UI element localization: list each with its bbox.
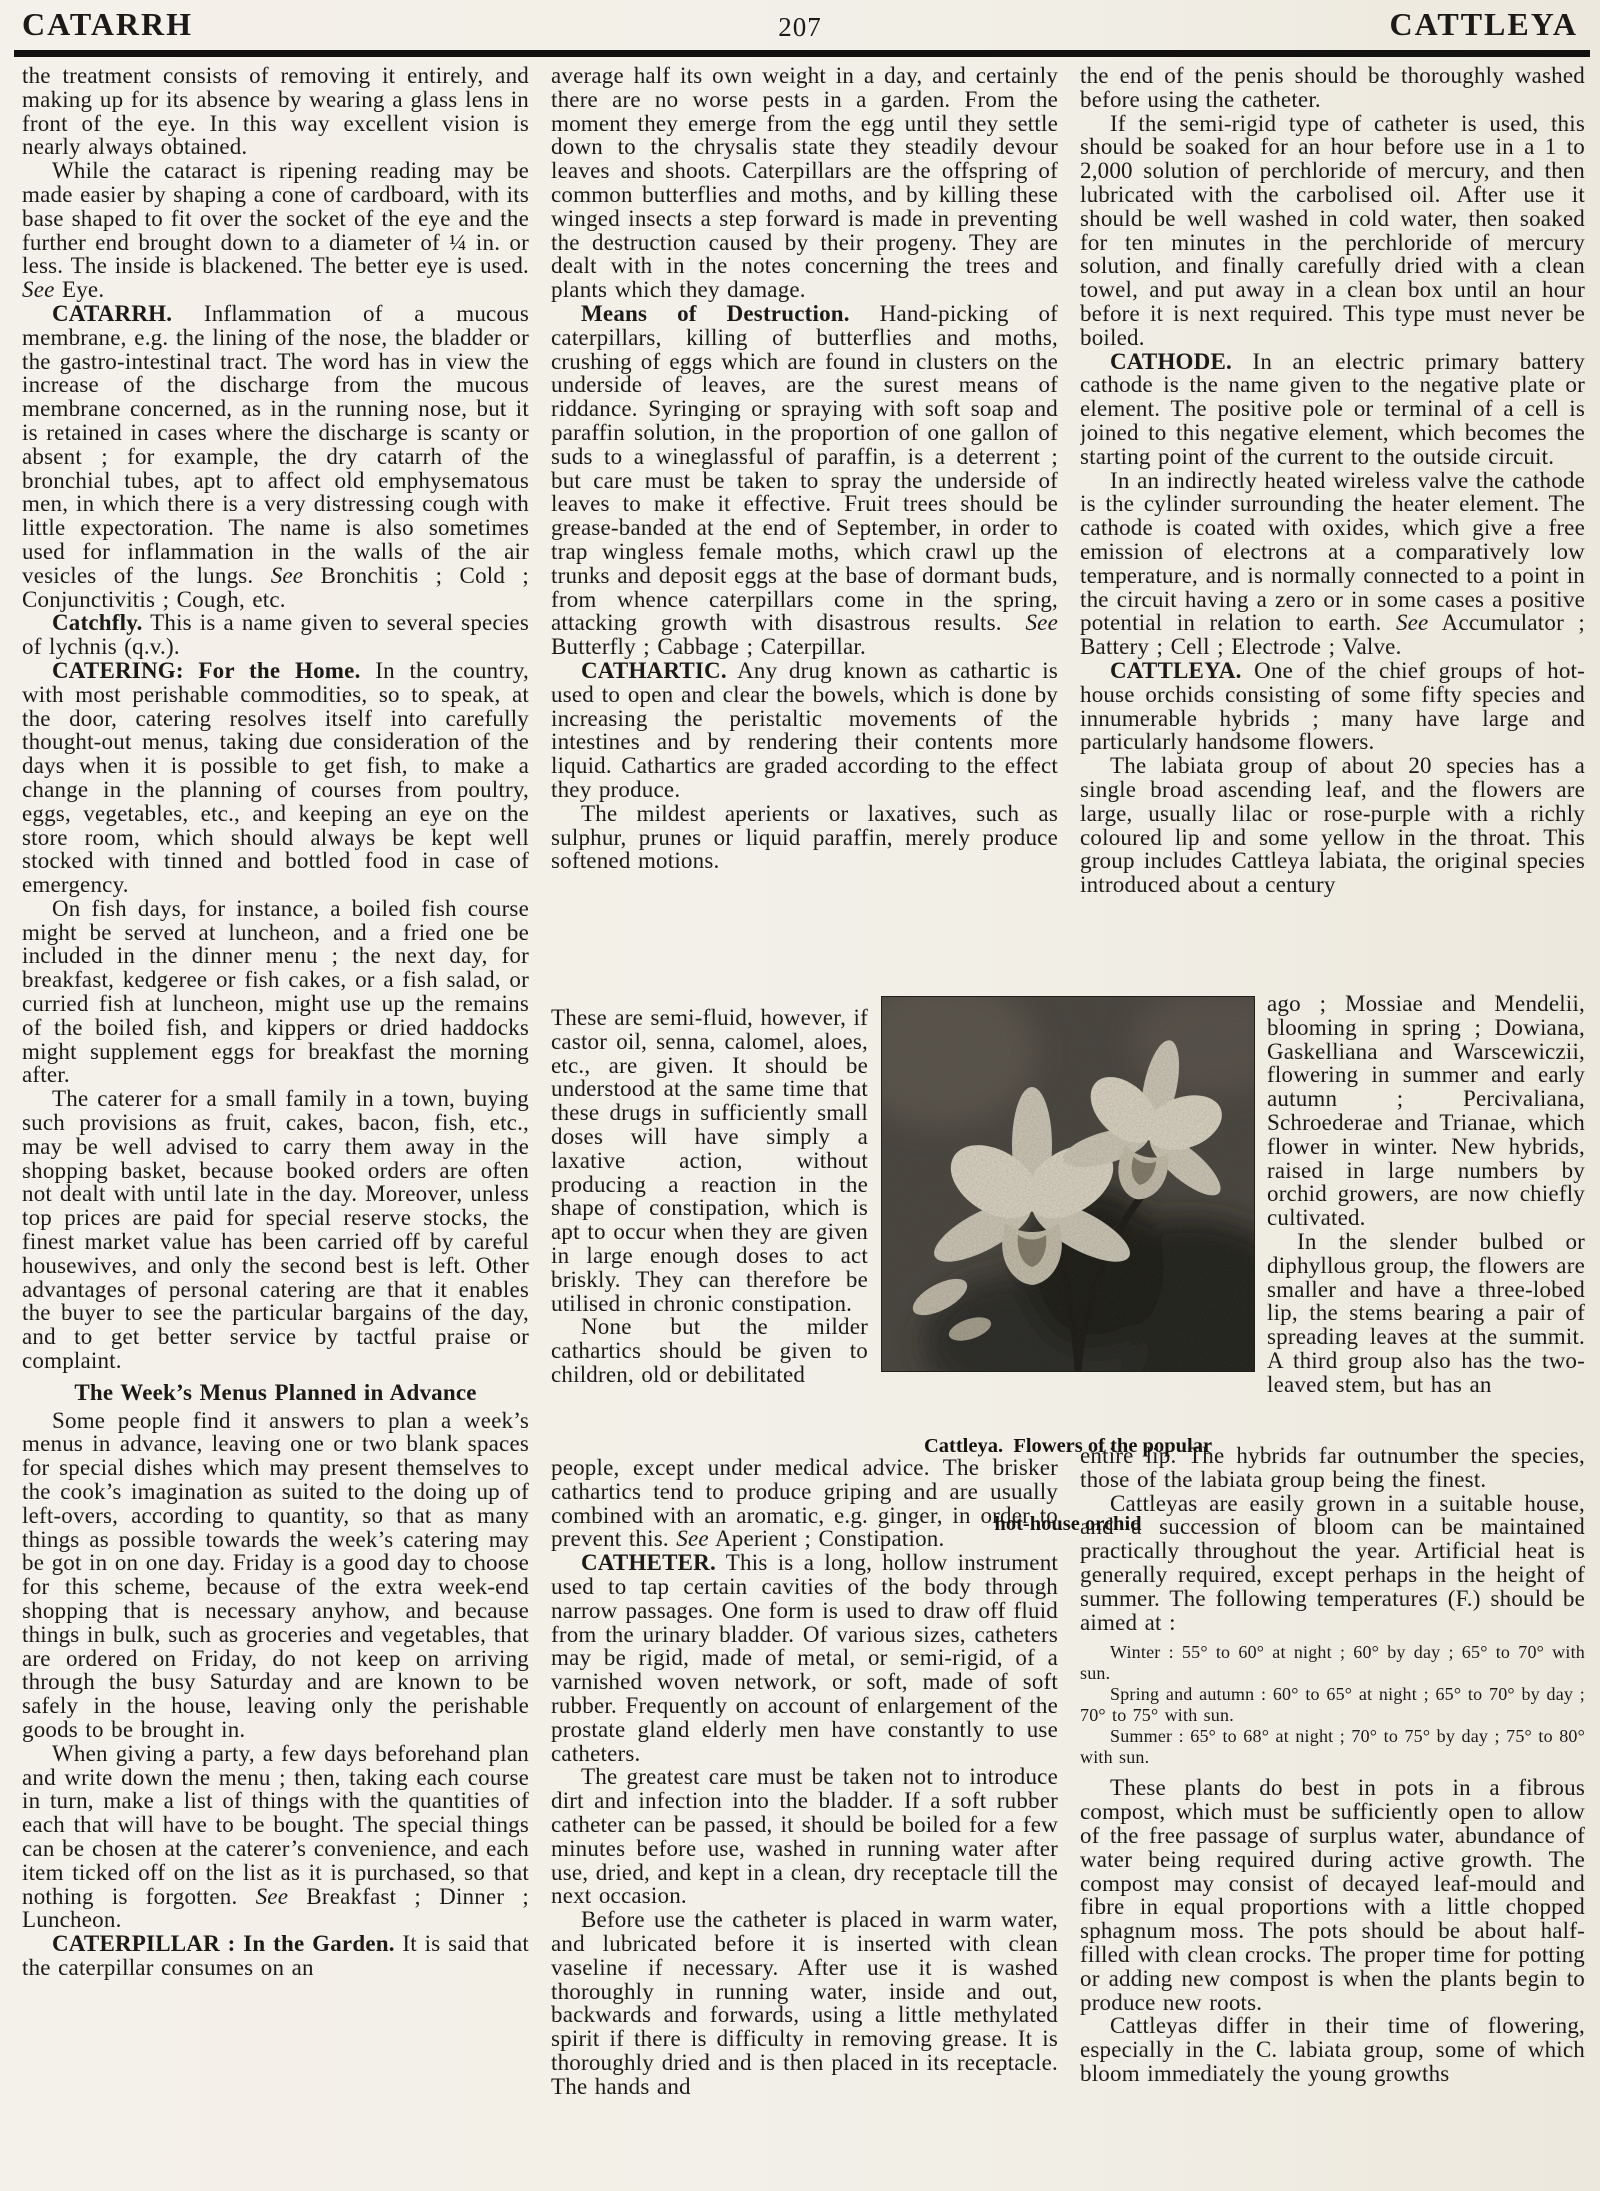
paragraph: While the cataract is ripening reading m… [22, 159, 529, 302]
paragraph: Some people find it answers to plan a we… [22, 1409, 529, 1742]
paragraph: the treatment consists of removing it en… [22, 64, 529, 159]
paragraph: In the slender bulbed or diphyllous grou… [1267, 1230, 1585, 1397]
header-rule [14, 50, 1590, 57]
paragraph: The greatest care must be taken not to i… [551, 1765, 1058, 1908]
encyclopedia-page: CATARRH 207 CATTLEYA the treatment consi… [0, 0, 1600, 2191]
paragraph: None but the milder cathartics should be… [551, 1315, 868, 1386]
running-head-right: CATTLEYA [1390, 6, 1579, 43]
paragraph: Before use the catheter is placed in war… [551, 1908, 1058, 2098]
page-number: 207 [0, 12, 1600, 43]
paragraph: The caterer for a small family in a town… [22, 1087, 529, 1373]
paragraph: CATARRH. Inflammation of a mucous membra… [22, 302, 529, 611]
paragraph: When giving a party, a few days beforeha… [22, 1742, 529, 1932]
paragraph: If the semi-rigid type of catheter is us… [1080, 112, 1585, 350]
column-middle-upper: average half its own weight in a day, an… [551, 64, 1058, 999]
paragraph: CATHODE. In an electric primary battery … [1080, 350, 1585, 469]
photo-caption-line1: Cattleya. Flowers of the popular [881, 1433, 1255, 1459]
paragraph: the end of the penis should be thoroughl… [1080, 64, 1585, 112]
paragraph: The mildest aperients or laxatives, such… [551, 802, 1058, 873]
paragraph: Summer : 65° to 68° at night ; 70° to 75… [1080, 1726, 1585, 1768]
photo-caption: Cattleya. Flowers of the popular hot-hou… [881, 1381, 1255, 1589]
paragraph: CATHARTIC. Any drug known as cathartic i… [551, 659, 1058, 802]
paragraph: These are semi-fluid, however, if castor… [551, 1006, 868, 1315]
paragraph: The Week’s Menus Planned in Advance [22, 1381, 529, 1405]
paragraph: In an indirectly heated wireless valve t… [1080, 469, 1585, 659]
paragraph: Catchfly. This is a name given to severa… [22, 611, 529, 659]
paragraph: Spring and autumn : 60° to 65° at night … [1080, 1684, 1585, 1726]
paragraph: average half its own weight in a day, an… [551, 64, 1058, 302]
paragraph: Cattleyas differ in their time of flower… [1080, 2014, 1585, 2085]
paragraph: CATERPILLAR : In the Garden. It is said … [22, 1932, 529, 1980]
paragraph: ago ; Mossiae and Mendelii, blooming in … [1267, 992, 1585, 1230]
paragraph: CATERING: For the Home. In the country, … [22, 659, 529, 897]
cattleya-photo-figure: Cattleya. Flowers of the popular hot-hou… [881, 996, 1255, 1589]
paragraph: Means of Destruction. Hand-picking of ca… [551, 302, 1058, 659]
paragraph: These plants do best in pots in a fibrou… [1080, 1776, 1585, 2014]
cattleya-photo [881, 996, 1255, 1372]
column-right-upper: the end of the penis should be thoroughl… [1080, 64, 1585, 992]
column-middle-beside-photo: These are semi-fluid, however, if castor… [551, 1006, 868, 1452]
paragraph: The labiata group of about 20 species ha… [1080, 754, 1585, 897]
paragraph: On fish days, for instance, a boiled fis… [22, 897, 529, 1087]
paragraph: Winter : 55° to 60° at night ; 60° by da… [1080, 1642, 1585, 1684]
column-right-beside-photo: ago ; Mossiae and Mendelii, blooming in … [1267, 992, 1585, 1442]
paragraph: CATTLEYA. One of the chief groups of hot… [1080, 659, 1585, 754]
column-left: the treatment consists of removing it en… [22, 64, 529, 2186]
photo-caption-line2: hot-house orchid [881, 1511, 1255, 1537]
